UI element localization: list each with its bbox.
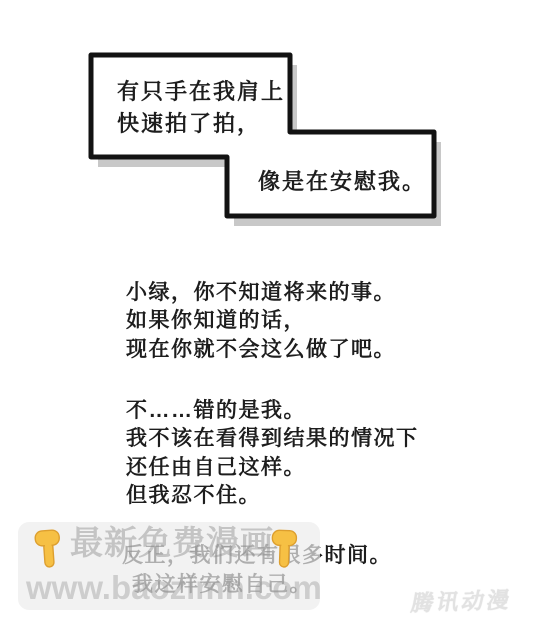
bubble-text-line: 有只手在我肩上	[117, 77, 285, 107]
watermark-panel	[18, 522, 320, 610]
narration-line: 小绿，你不知道将来的事。	[126, 279, 396, 307]
narration-block-1: 小绿，你不知道将来的事。 如果你知道的话， 现在你就不会这么做了吧。	[126, 279, 396, 364]
narration-line: 但我忍不住。	[126, 482, 419, 510]
narration-line: 如果你知道的话，	[126, 307, 396, 335]
comic-panel: 有只手在我肩上 快速拍了拍， 像是在安慰我。 小绿，你不知道将来的事。 如果你知…	[0, 0, 543, 633]
narration-line: 不……错的是我。	[126, 397, 419, 425]
narration-line: 我不该在看得到结果的情况下	[126, 425, 419, 453]
tencent-comics-logo: 腾讯动漫	[409, 583, 515, 617]
narration-line: 还任由自己这样。	[126, 454, 419, 482]
bubble-text-line: 像是在安慰我。	[258, 167, 426, 197]
narration-block-2: 不……错的是我。 我不该在看得到结果的情况下 还任由自己这样。 但我忍不住。	[126, 397, 419, 510]
narration-line: 现在你就不会这么做了吧。	[126, 336, 396, 364]
bubble-text-line: 快速拍了拍，	[117, 109, 261, 139]
